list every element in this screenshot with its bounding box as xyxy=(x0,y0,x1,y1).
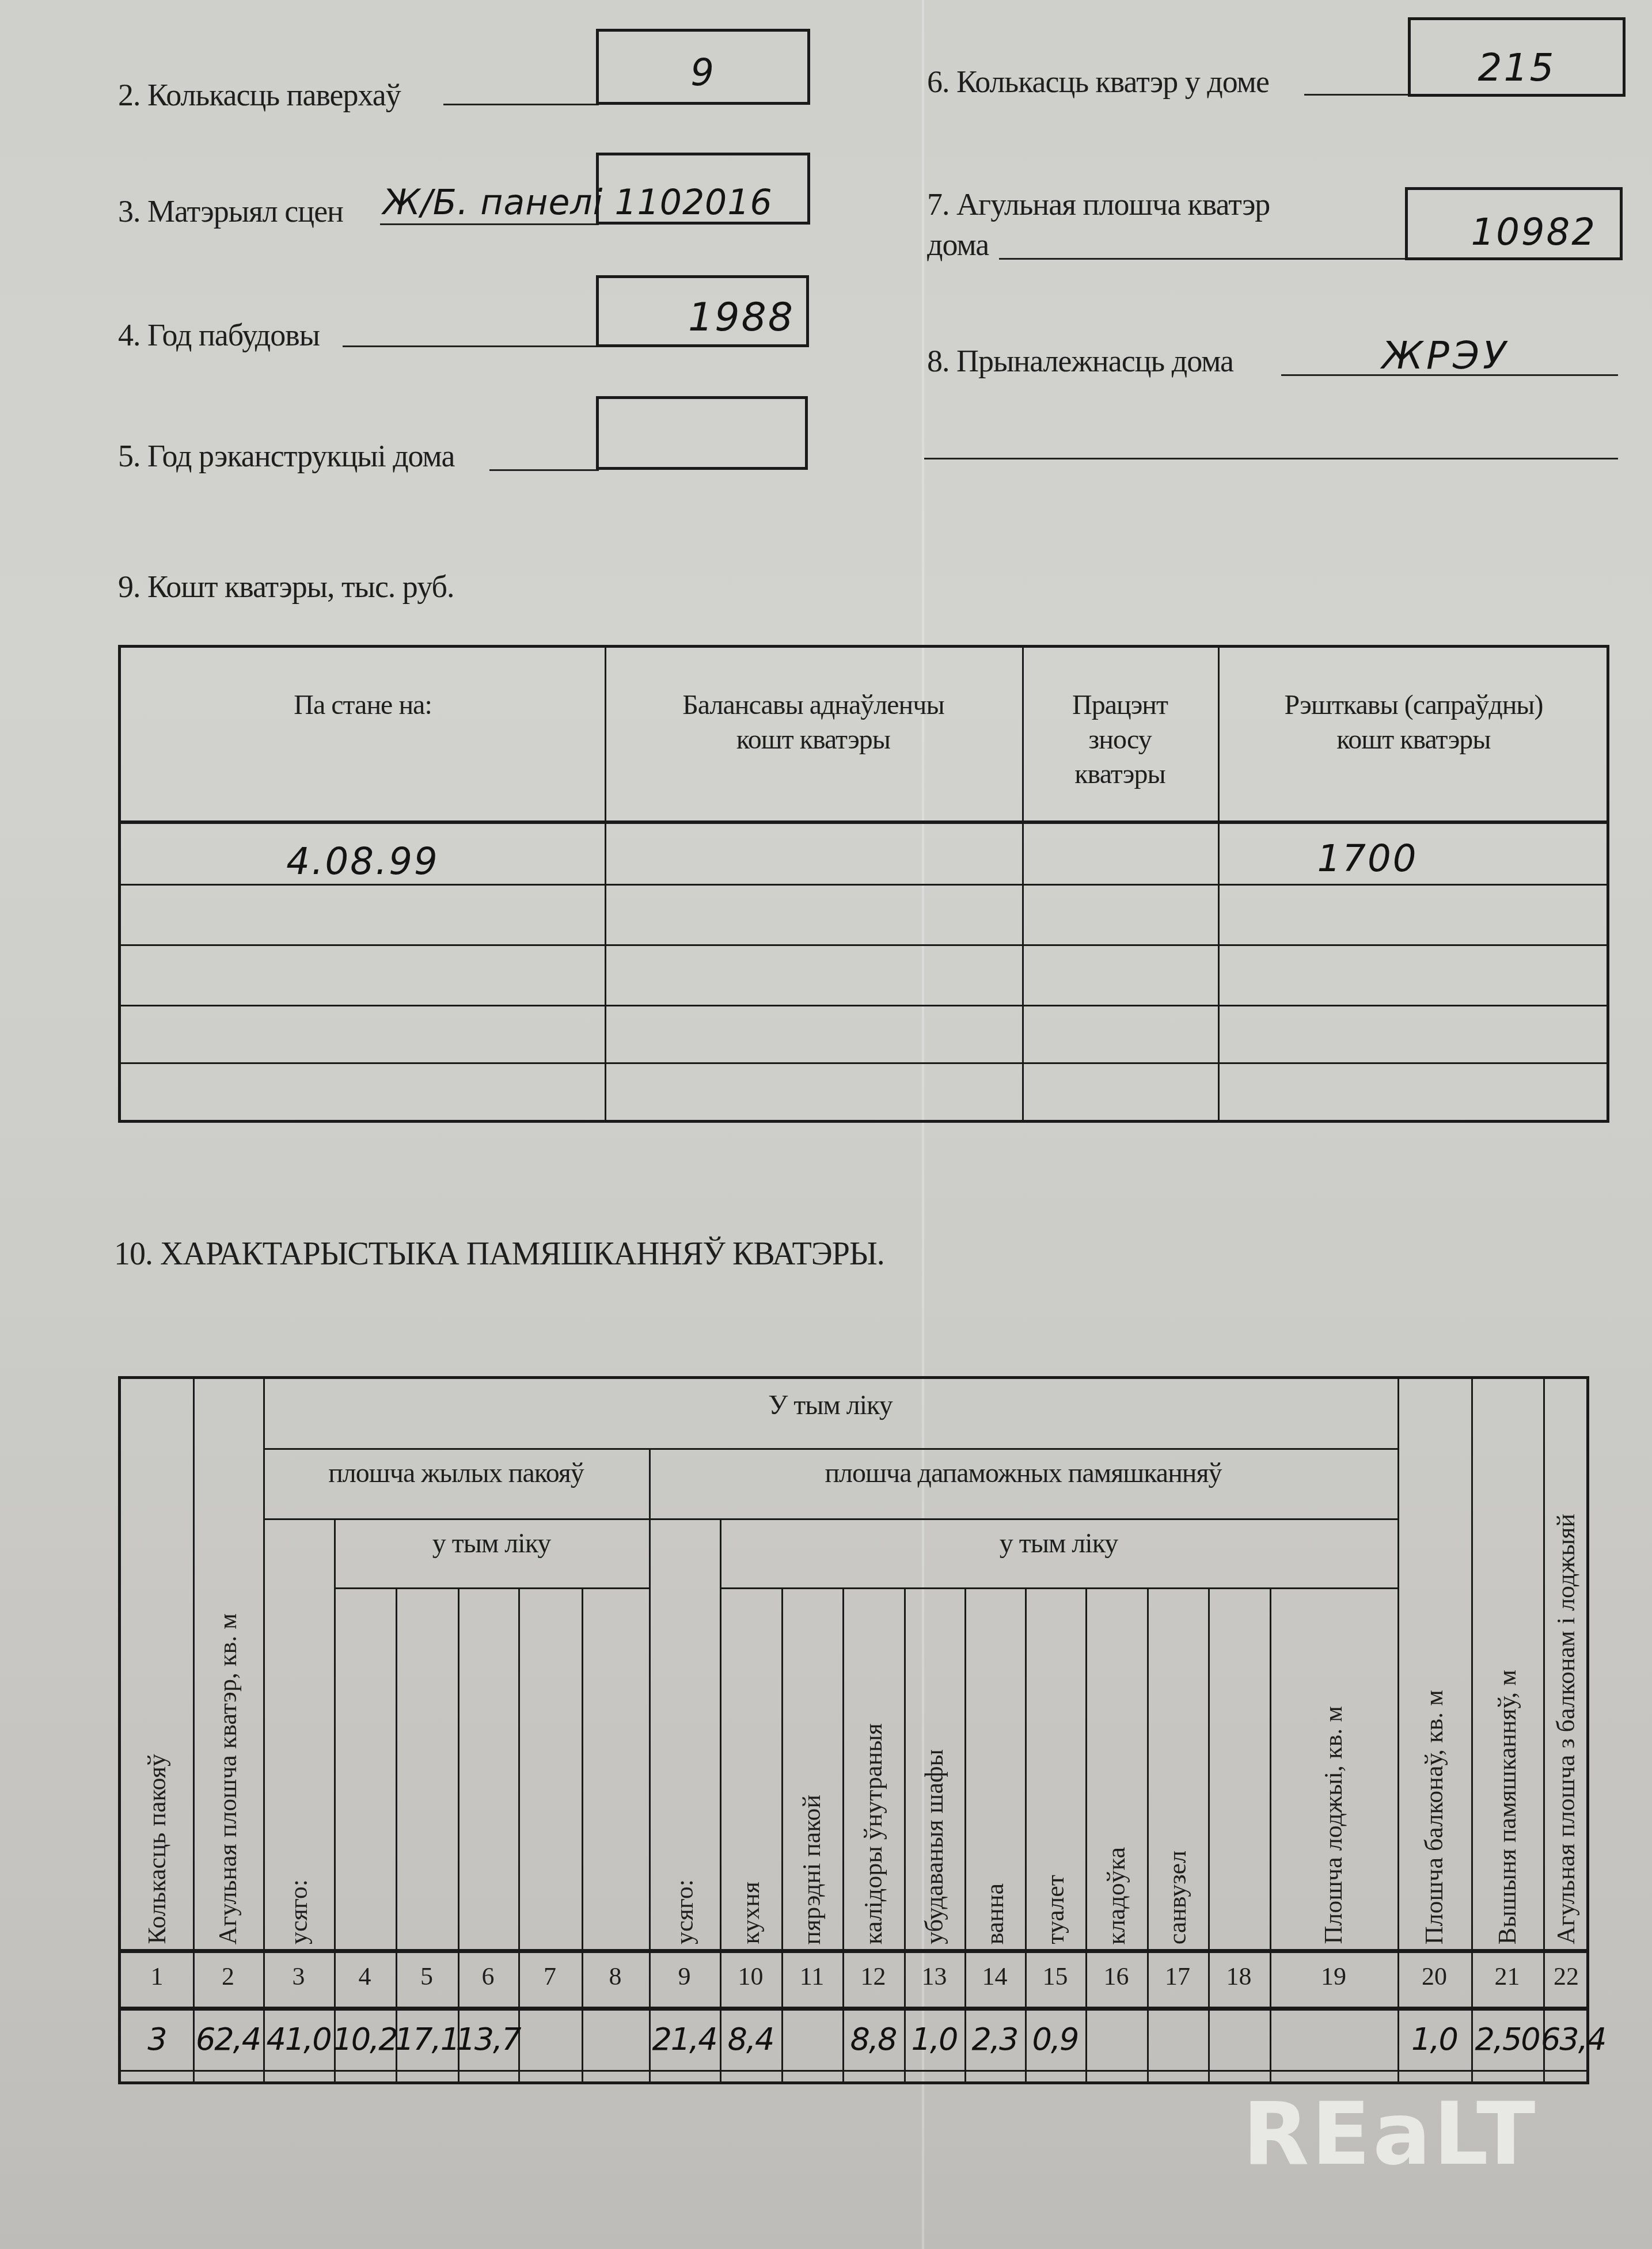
col-header-1: Колькасць пакояў xyxy=(121,1385,193,1949)
field-value: Ж/Б. панелі 1102016 xyxy=(383,185,773,220)
col-header-label: санвузел xyxy=(1165,1839,1190,1949)
col-number: 11 xyxy=(781,1964,842,1989)
col-header-15: туалет xyxy=(1025,1587,1085,1949)
col-number: 14 xyxy=(964,1964,1025,1989)
cell-col-3: 41,0 xyxy=(261,2024,336,2055)
col-header-label: пярэдні пакой xyxy=(799,1783,825,1949)
section9-title: 9. Кошт кватэры, тыс. руб. xyxy=(118,571,454,602)
row-divider xyxy=(121,2007,1589,2011)
col-header-label: Агульная плошча кватэр, кв. м xyxy=(215,1602,241,1949)
field-label-line1: 7. Агульная плошча кватэр xyxy=(927,189,1270,220)
cell-col-9: 21,4 xyxy=(647,2024,722,2055)
col-number: 5 xyxy=(396,1964,458,1989)
field-label: 3. Матэрыял сцен xyxy=(118,196,343,227)
cell-col-1: 3 xyxy=(119,2024,195,2055)
col-header-label: Агульная плошча з балконам і лоджыяй xyxy=(1554,1502,1579,1949)
col-header-21: Вышыня памяшканняў, м xyxy=(1471,1385,1543,1949)
col-header-3: усяго: xyxy=(263,1518,334,1949)
value-box[interactable]: 215 xyxy=(1408,17,1626,97)
col-number: 9 xyxy=(649,1964,720,1989)
col-header-label: Плошча лоджыі, кв. м xyxy=(1321,1695,1346,1949)
cell-col-22: 63,4 xyxy=(1541,2024,1592,2055)
col-number: 6 xyxy=(458,1964,518,1989)
value-box[interactable]: 9 xyxy=(596,29,810,105)
col-header-label: убудаваныя шафы xyxy=(922,1738,947,1949)
col-number: 20 xyxy=(1397,1964,1471,1989)
col-number: 17 xyxy=(1147,1964,1208,1989)
col-number: 12 xyxy=(842,1964,904,1989)
col-header-label: кладоўка xyxy=(1104,1836,1129,1950)
col-number: 8 xyxy=(582,1964,649,1989)
row-divider xyxy=(121,2070,1589,2072)
col-divider xyxy=(582,1587,583,2081)
cell-col-14: 2,3 xyxy=(962,2024,1027,2055)
col-header-9: усяго: xyxy=(649,1518,720,1949)
col-divider xyxy=(334,1518,336,2081)
col-header-label: кухня xyxy=(738,1870,764,1949)
col-header-residual-value: Рэшткавы (сапраўдны) кошт кватэры xyxy=(1218,688,1609,757)
col-divider xyxy=(1208,1587,1210,2081)
value-box[interactable] xyxy=(596,396,808,470)
col-divider xyxy=(396,1587,397,2081)
col-header-label: усяго: xyxy=(672,1868,697,1949)
col-number: 4 xyxy=(334,1964,396,1989)
cell-col-20: 1,0 xyxy=(1395,2024,1473,2055)
col-divider xyxy=(518,1587,520,2081)
group-including: У тым ліку xyxy=(263,1392,1397,1419)
row-divider xyxy=(263,1518,1397,1520)
col-header-label: туалет xyxy=(1043,1863,1068,1949)
field-value: 10982 xyxy=(1408,214,1597,251)
section10-title: 10. ХАРАКТАРЫСТЫКА ПАМЯШКАННЯЎ КВАТЭРЫ. xyxy=(114,1238,884,1270)
row-divider xyxy=(334,1587,649,1589)
col-header-label: усяго: xyxy=(286,1868,312,1949)
cell-date: 4.08.99 xyxy=(121,844,605,880)
underline xyxy=(489,469,599,471)
col-number: 15 xyxy=(1025,1964,1085,1989)
col-divider xyxy=(458,1587,459,2081)
col-header-2: Агульная плошча кватэр, кв. м xyxy=(193,1385,263,1949)
realt-watermark-logo: REaLT xyxy=(1243,2091,1537,2178)
row-divider xyxy=(121,1005,1607,1006)
cell-col-12: 8,8 xyxy=(840,2024,906,2055)
field-value: 1988 xyxy=(599,298,795,337)
row-divider xyxy=(121,1062,1607,1064)
underline xyxy=(443,104,599,105)
field-label: 2. Колькасць паверхаў xyxy=(118,79,401,111)
cell-col-6: 13,7 xyxy=(455,2024,521,2055)
group-living-area: плошча жылых пакояў xyxy=(263,1460,649,1487)
col-header-label: Плошча балконаў, кв. м xyxy=(1422,1678,1447,1949)
col-header-label: Вышыня памяшканняў, м xyxy=(1495,1658,1520,1949)
row-divider xyxy=(121,944,1607,946)
field-value: ЖРЭУ xyxy=(1382,337,1509,375)
underline xyxy=(343,345,599,347)
field-value: 9 xyxy=(599,55,807,92)
cell-residual-value: 1700 xyxy=(1218,841,1517,877)
col-number: 10 xyxy=(720,1964,781,1989)
group-living-sub: у тым ліку xyxy=(334,1530,649,1557)
cell-col-13: 1,0 xyxy=(902,2024,967,2055)
underline xyxy=(1304,94,1411,96)
col-number: 3 xyxy=(263,1964,334,1989)
cost-table: Па стане на: Балансавы аднаўленчы кошт к… xyxy=(118,645,1609,1123)
col-number: 18 xyxy=(1208,1964,1270,1989)
row-divider xyxy=(121,1949,1589,1953)
col-header-14: ванна xyxy=(964,1587,1025,1949)
field-label: 8. Прыналежнасць дома xyxy=(927,345,1233,377)
col-header-22: Агульная плошча з балконам і лоджыяй xyxy=(1543,1385,1589,1949)
field-label: 6. Колькасць кватэр у доме xyxy=(927,66,1269,97)
col-number: 7 xyxy=(518,1964,582,1989)
cell-col-5: 17,1 xyxy=(393,2024,460,2055)
cell-col-15: 0,9 xyxy=(1023,2024,1088,2055)
cell-col-10: 8,4 xyxy=(717,2024,784,2055)
rooms-table: У тым ліку плошча жылых пакояў плошча да… xyxy=(118,1376,1589,2084)
col-number: 22 xyxy=(1543,1964,1589,1989)
col-header-12: калідоры ўнутраныя xyxy=(842,1587,904,1949)
blank-line xyxy=(924,458,1618,459)
col-number: 16 xyxy=(1085,1964,1147,1989)
col-number: 13 xyxy=(904,1964,964,1989)
col-header-20: Плошча балконаў, кв. м xyxy=(1397,1385,1471,1949)
col-header-13: убудаваныя шафы xyxy=(904,1587,964,1949)
cell-col-21: 2,50 xyxy=(1469,2024,1545,2055)
header-divider xyxy=(121,820,1607,824)
field-label-line2: дома xyxy=(927,229,989,260)
col-header-label: калідоры ўнутраныя xyxy=(861,1712,886,1949)
field-label: 5. Год рэканструкцыі дома xyxy=(118,440,454,472)
underline xyxy=(380,223,599,225)
col-header-balance-value: Балансавы аднаўленчы кошт кватэры xyxy=(605,688,1022,757)
col-header-date: Па стане на: xyxy=(121,688,605,723)
col-header-16: кладоўка xyxy=(1085,1587,1147,1949)
col-header-depreciation: Працэнт зносу кватэры xyxy=(1022,688,1218,792)
col-header-10: кухня xyxy=(720,1587,781,1949)
value-box[interactable]: 1988 xyxy=(596,275,809,347)
row-divider xyxy=(263,1448,1397,1450)
field-value: 215 xyxy=(1411,49,1623,87)
value-box[interactable]: 10982 xyxy=(1405,187,1623,260)
cell-col-4: 10,2 xyxy=(332,2024,398,2055)
row-divider xyxy=(121,884,1607,886)
col-header-label: Колькасць пакояў xyxy=(145,1742,170,1949)
col-number: 19 xyxy=(1270,1964,1397,1989)
col-header-label: ванна xyxy=(982,1872,1008,1949)
col-number: 21 xyxy=(1471,1964,1543,1989)
col-header-19: Плошча лоджыі, кв. м xyxy=(1270,1385,1397,1949)
col-header-11: пярэдні пакой xyxy=(781,1587,842,1949)
cell-col-2: 62,4 xyxy=(191,2024,265,2055)
underline xyxy=(999,258,1408,260)
field-label: 4. Год пабудовы xyxy=(118,320,320,351)
col-number: 1 xyxy=(121,1964,193,1989)
col-number: 2 xyxy=(193,1964,263,1989)
col-header-17: санвузел xyxy=(1147,1587,1208,1949)
